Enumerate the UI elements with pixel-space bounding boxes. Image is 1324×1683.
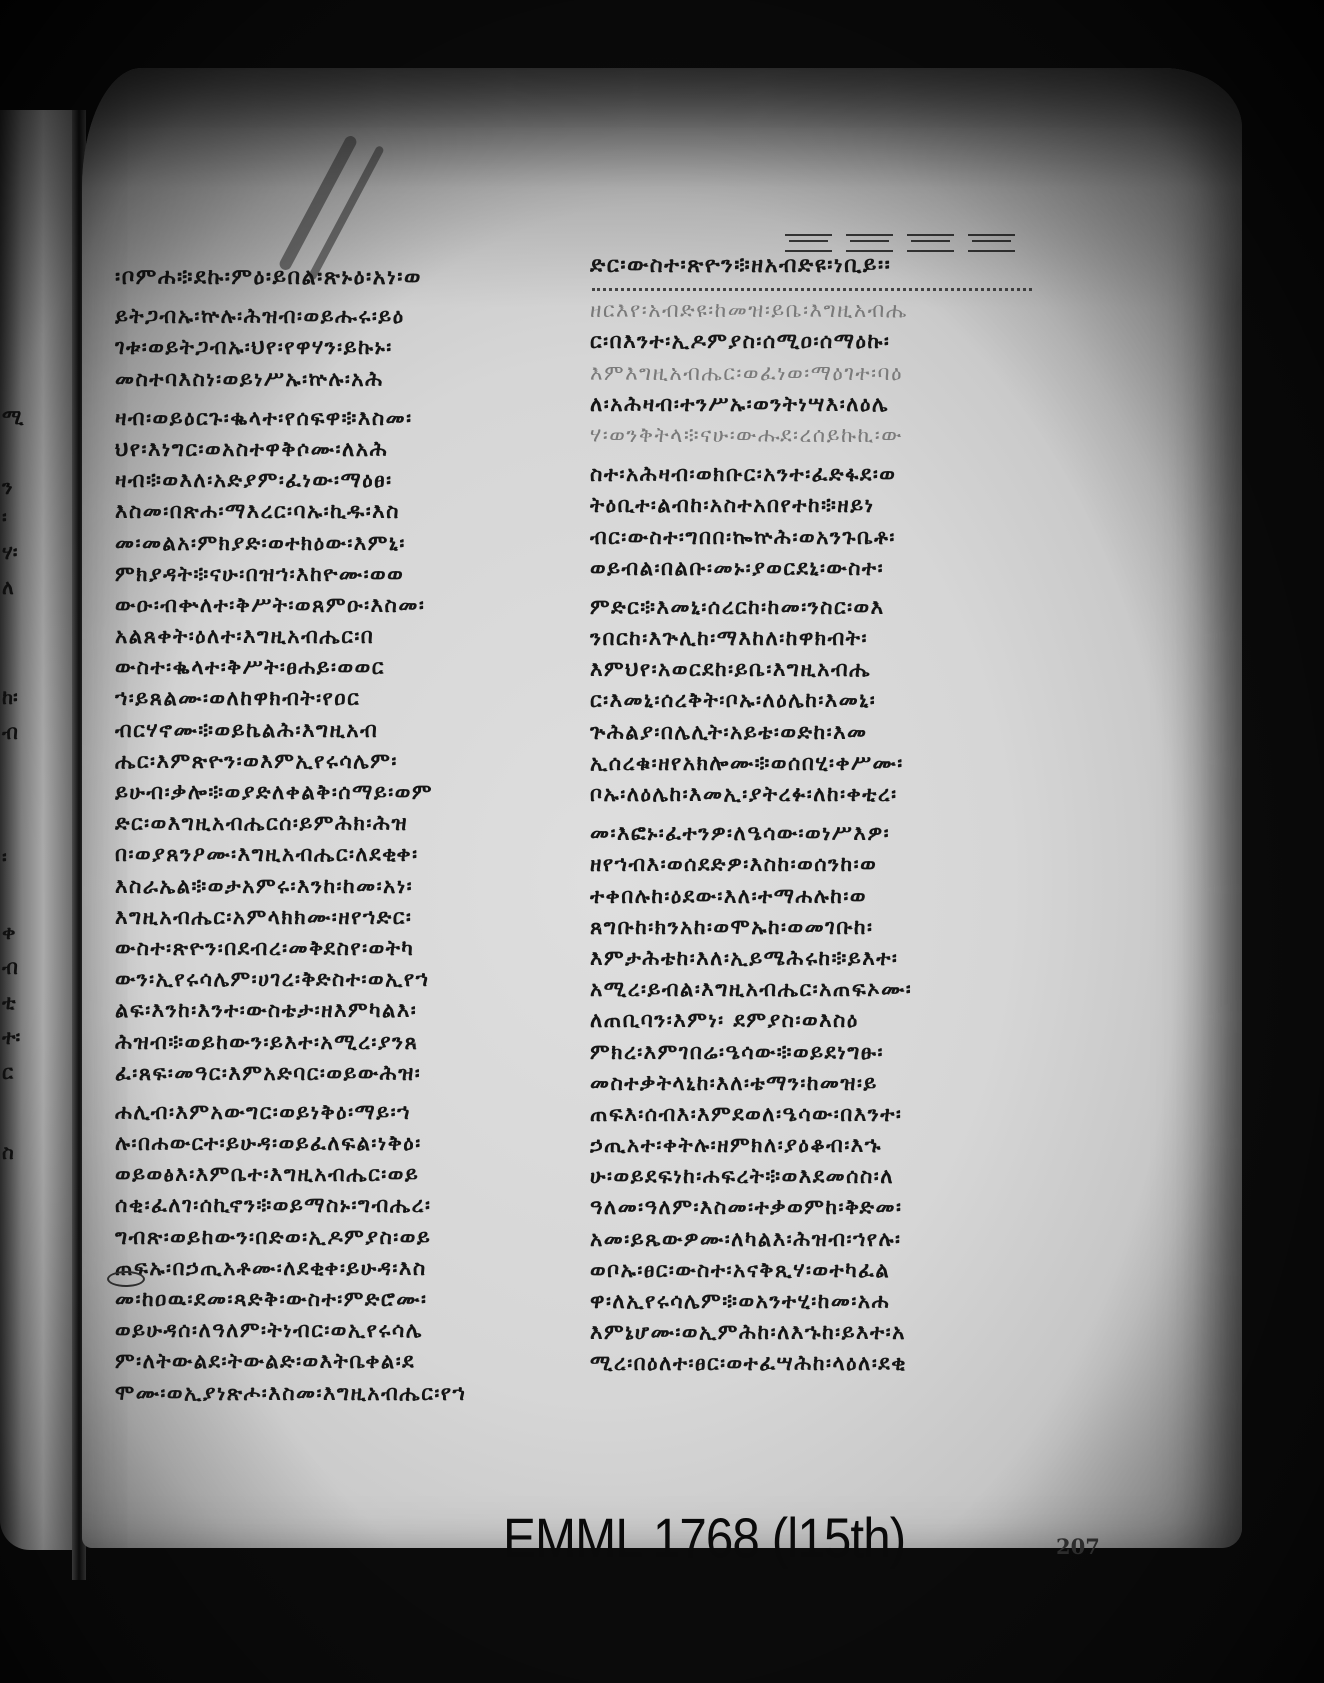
vignette-overlay [0, 0, 1324, 1683]
